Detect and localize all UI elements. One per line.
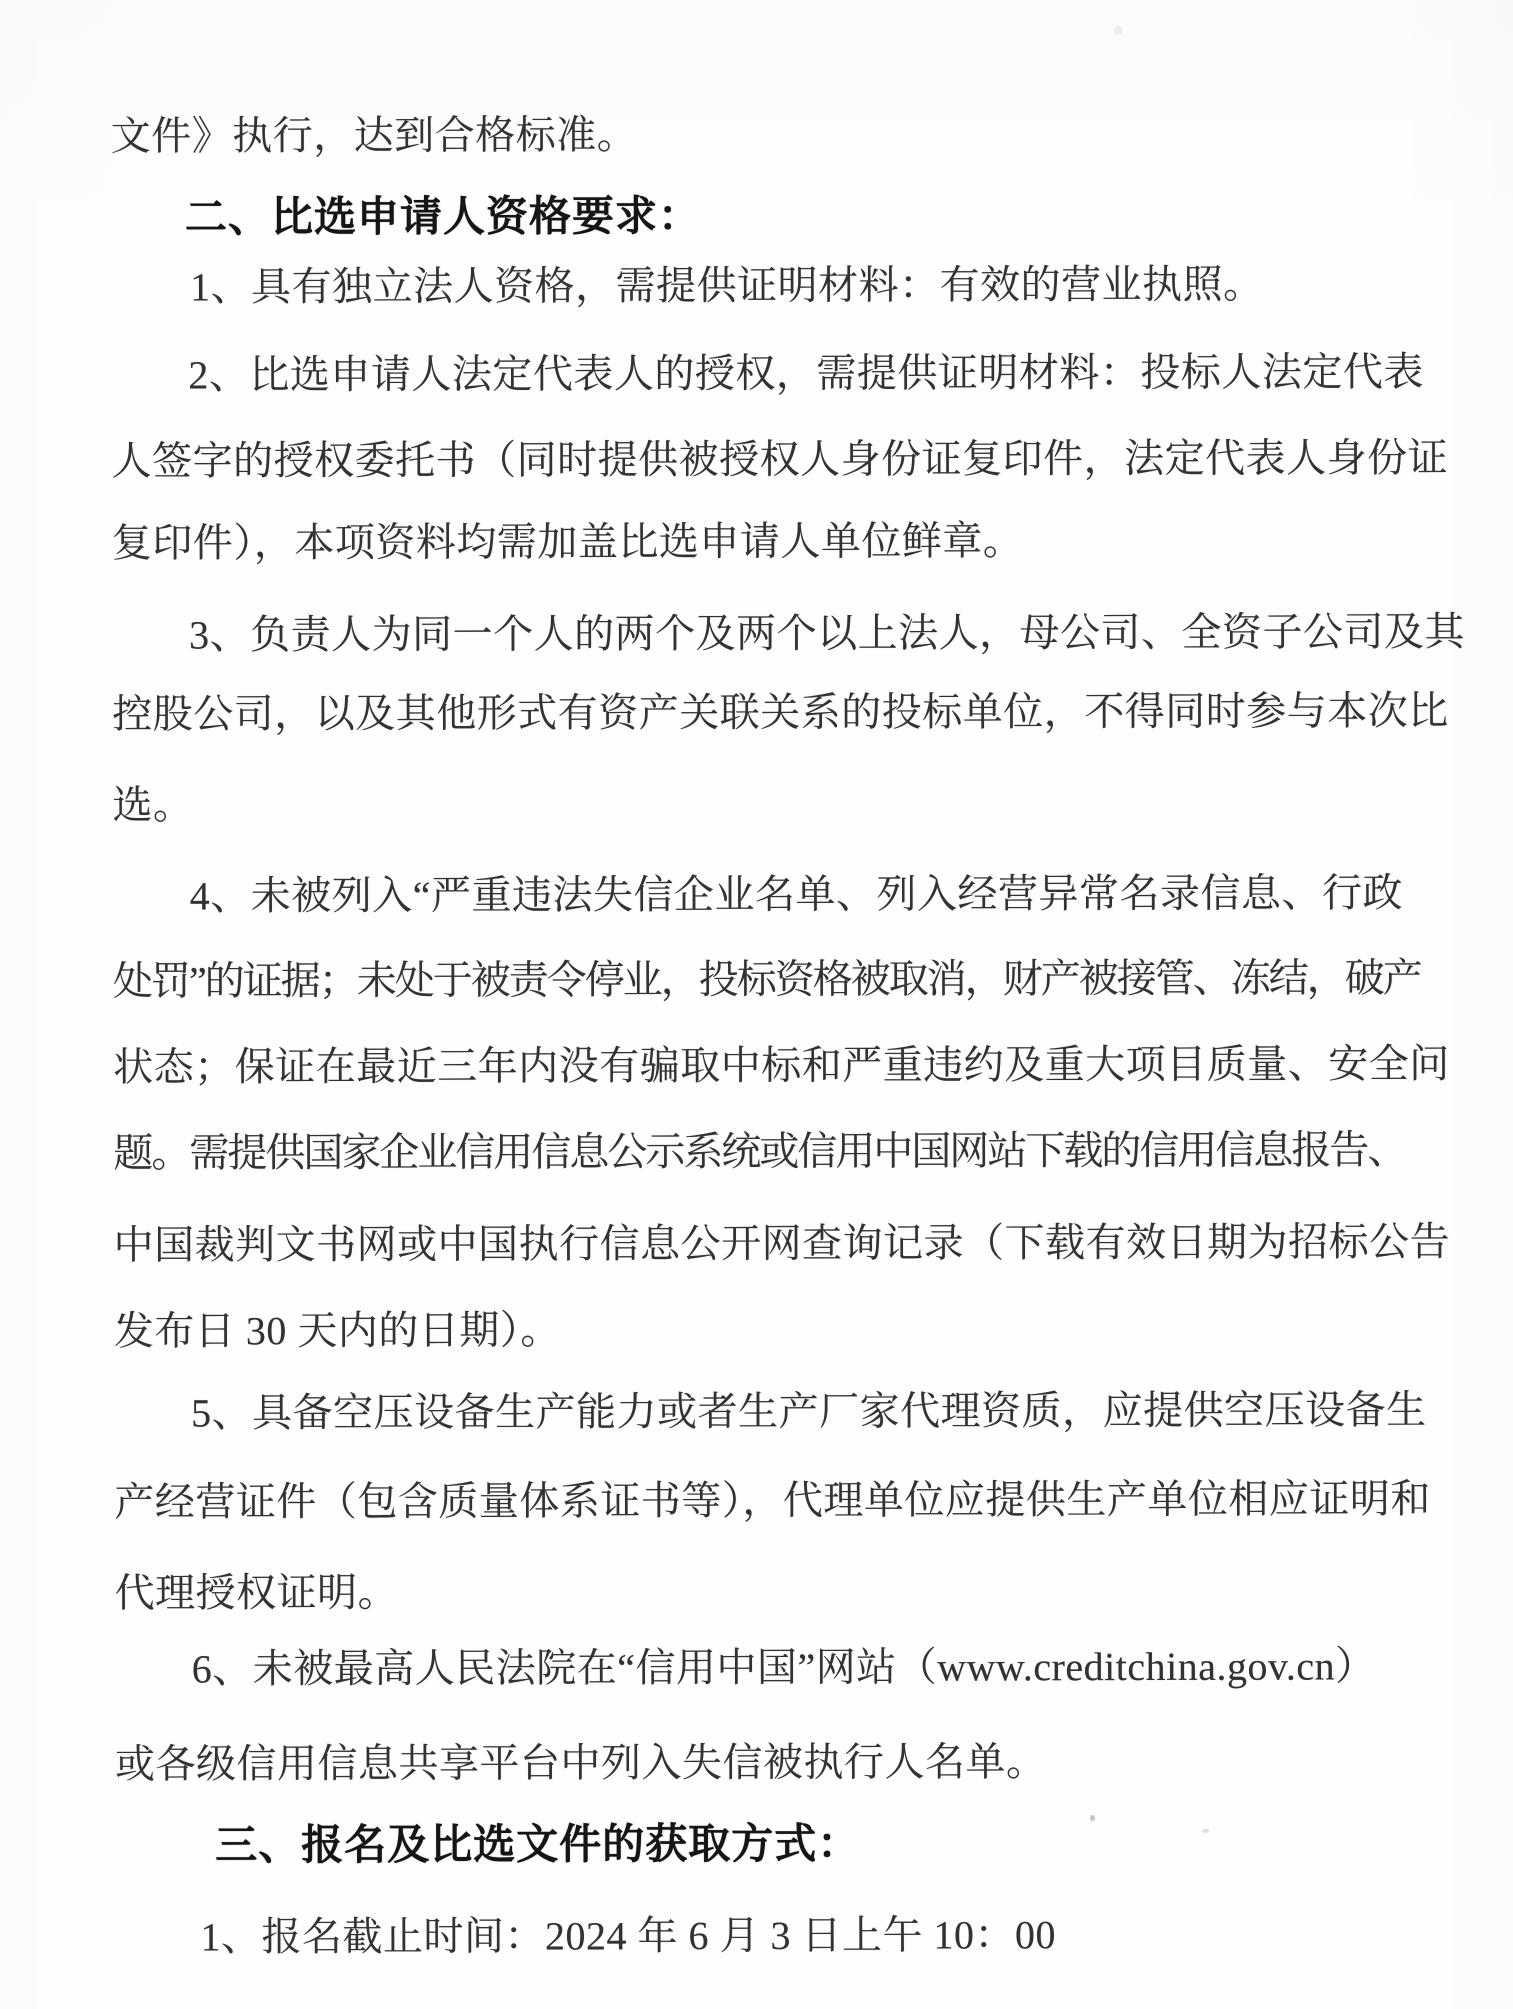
- text-line: 1、报名截止时间：2024 年 6 月 3 日上午 10：00: [115, 1911, 1513, 1961]
- text-line: 1、具有独立法人资格，需提供证明材料：有效的营业执照。: [111, 261, 1513, 311]
- section-heading: 二、比选申请人资格要求：: [111, 191, 1513, 241]
- text-line: 选。: [112, 779, 1442, 828]
- text-line: 中国裁判文书网或中国执行信息公开网查询记录（下载有效日期为招标公告: [114, 1219, 1444, 1268]
- document-page: 文件》执行，达到合格标准。二、比选申请人资格要求：1、具有独立法人资格，需提供证…: [0, 0, 1513, 2009]
- section-heading: 三、报名及比选文件的获取方式：: [115, 1819, 1513, 1869]
- text-line: 6、未被最高人民法院在“信用中国”网站（www.creditchina.gov.…: [115, 1643, 1513, 1693]
- text-line: 发布日 30 天内的日期）。: [114, 1305, 1444, 1354]
- text-line: 代理授权证明。: [114, 1567, 1444, 1616]
- text-line: 人签字的授权委托书（同时提供被授权人身份证复印件，法定代表人身份证: [112, 435, 1442, 484]
- text-line: 2、比选申请人法定代表人的授权，需提供证明材料：投标人法定代表: [111, 349, 1513, 399]
- text-line: 或各级信用信息共享平台中列入失信被执行人名单。: [115, 1738, 1445, 1787]
- text-line: 3、负责人为同一个人的两个及两个以上法人，母公司、全资子公司及其: [112, 609, 1513, 659]
- text-line: 复印件），本项资料均需加盖比选申请人单位鲜章。: [112, 517, 1442, 566]
- text-line: 题。需提供国家企业信用信息公示系统或信用中国网站下载的信用信息报告、: [113, 1127, 1443, 1176]
- text-line: 5、具备空压设备生产能力或者生产厂家代理资质，应提供空压设备生: [114, 1387, 1513, 1437]
- text-line: 文件》执行，达到合格标准。: [111, 110, 1441, 159]
- text-line: 4、未被列入“严重违法失信企业名单、列入经营异常名录信息、行政: [113, 870, 1513, 920]
- text-line: 状态；保证在最近三年内没有骗取中标和严重违约及重大项目质量、安全问: [113, 1041, 1443, 1090]
- document-text: 文件》执行，达到合格标准。二、比选申请人资格要求：1、具有独立法人资格，需提供证…: [0, 0, 1513, 2009]
- text-line: 控股公司，以及其他形式有资产关联关系的投标单位，不得同时参与本次比: [112, 688, 1442, 737]
- text-line: 产经营证件（包含质量体系证书等），代理单位应提供生产单位相应证明和: [114, 1476, 1444, 1525]
- text-line: 处罚”的证据；未处于被责令停业，投标资格被取消，财产被接管、冻结，破产: [113, 955, 1443, 1004]
